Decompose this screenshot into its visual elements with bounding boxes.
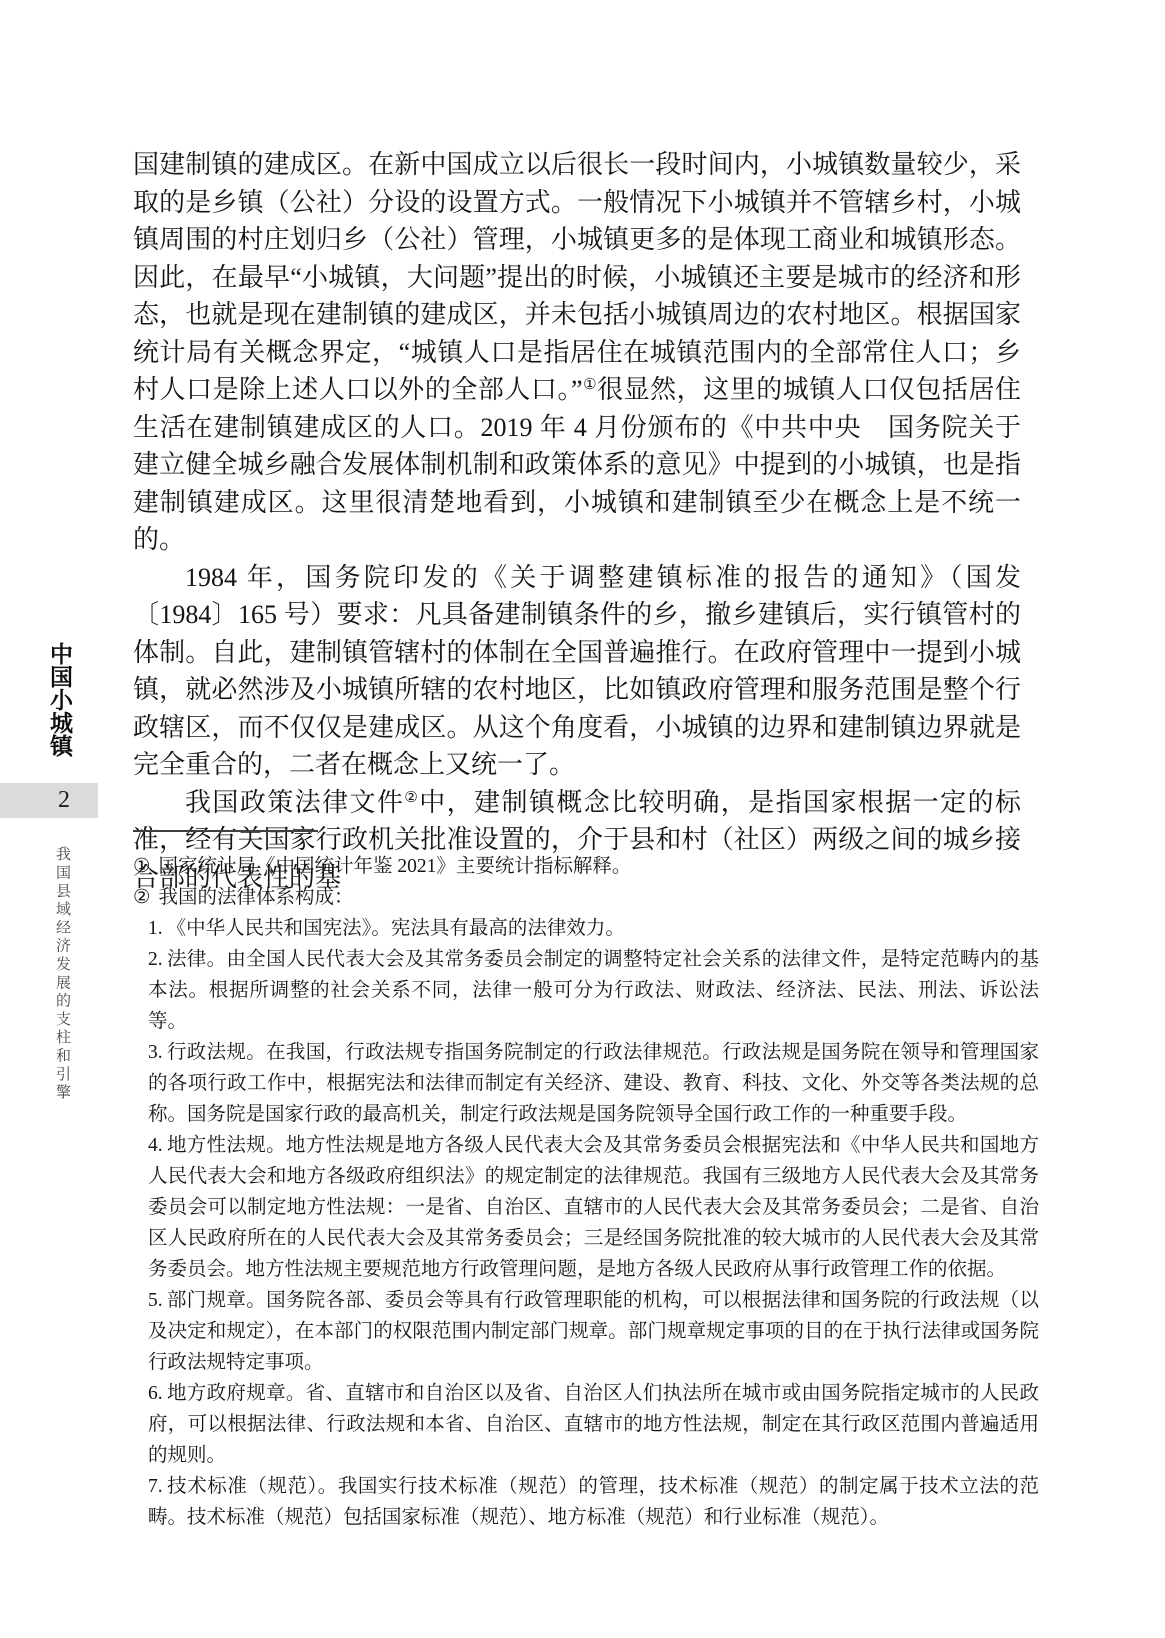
- footnote-1-text: 国家统计局《中国统计年鉴 2021》主要统计指标解释。: [158, 856, 631, 877]
- footnote-2-item-4: 4.地方性法规。地方性法规是地方各级人民代表大会及其常务委员会根据宪法和《中华人…: [148, 1130, 1039, 1285]
- item-number: 4.: [148, 1135, 163, 1156]
- footnote-2-marker: ②: [133, 887, 150, 908]
- footnote-2-item-1: 1.《中华人民共和国宪法》。宪法具有最高的法律效力。: [148, 913, 1039, 944]
- footnote-2-item-6: 6.地方政府规章。省、直辖市和自治区以及省、自治区人们执法所在城市或由国务院指定…: [148, 1378, 1039, 1471]
- item-text: 《中华人民共和国宪法》。宪法具有最高的法律效力。: [167, 918, 625, 939]
- item-number: 6.: [148, 1383, 163, 1404]
- footnote-1-marker: ①: [133, 856, 150, 877]
- footnote-2-item-3: 3.行政法规。在我国，行政法规专指国务院制定的行政法律规范。行政法规是国务院在领…: [148, 1037, 1039, 1130]
- footnote-separator: [133, 830, 318, 832]
- item-number: 2.: [148, 949, 163, 970]
- body-text-column: 国建制镇的建成区。在新中国成立以后很长一段时间内，小城镇数量较少，采取的是乡镇（…: [133, 146, 1021, 896]
- item-number: 7.: [148, 1476, 163, 1497]
- footnote-2-item-2: 2.法律。由全国人民代表大会及其常务委员会制定的调整特定社会关系的法律文件，是特…: [148, 944, 1039, 1037]
- page-number-band: 2: [0, 783, 98, 818]
- paragraph-1-text: 国建制镇的建成区。在新中国成立以后很长一段时间内，小城镇数量较少，采取的是乡镇（…: [133, 150, 1021, 404]
- paragraph-2: 1984 年，国务院印发的《关于调整建镇标准的报告的通知》（国发〔1984〕16…: [133, 559, 1021, 784]
- paragraph-1: 国建制镇的建成区。在新中国成立以后很长一段时间内，小城镇数量较少，采取的是乡镇（…: [133, 146, 1021, 559]
- item-number: 5.: [148, 1290, 163, 1311]
- item-text: 地方政府规章。省、直辖市和自治区以及省、自治区人们执法所在城市或由国务院指定城市…: [148, 1383, 1039, 1466]
- item-number: 1.: [148, 918, 163, 939]
- footnote-1: ①国家统计局《中国统计年鉴 2021》主要统计指标解释。: [133, 851, 1039, 882]
- item-text: 地方性法规。地方性法规是地方各级人民代表大会及其常务委员会根据宪法和《中华人民共…: [148, 1135, 1039, 1280]
- chapter-title-vertical: 我国县域经济发展的支柱和引擎: [51, 846, 72, 1102]
- footnote-2-items: 1.《中华人民共和国宪法》。宪法具有最高的法律效力。 2.法律。由全国人民代表大…: [133, 913, 1039, 1533]
- book-title-vertical: 中国小城镇: [47, 642, 72, 757]
- item-text: 部门规章。国务院各部、委员会等具有行政管理职能的机构，可以根据法律和国务院的行政…: [148, 1290, 1039, 1373]
- footnote-ref-2: ②: [404, 790, 419, 806]
- footnote-2: ②我国的法律体系构成：: [133, 882, 1039, 913]
- item-text: 行政法规。在我国，行政法规专指国务院制定的行政法律规范。行政法规是国务院在领导和…: [148, 1042, 1039, 1125]
- page-number: 2: [58, 787, 70, 814]
- footnote-ref-1: ①: [583, 377, 598, 393]
- item-number: 3.: [148, 1042, 163, 1063]
- footnote-2-item-7: 7.技术标准（规范）。我国实行技术标准（规范）的管理，技术标准（规范）的制定属于…: [148, 1471, 1039, 1533]
- book-page: 中国小城镇 2 我国县域经济发展的支柱和引擎 国建制镇的建成区。在新中国成立以后…: [0, 0, 1165, 1638]
- item-text: 技术标准（规范）。我国实行技术标准（规范）的管理，技术标准（规范）的制定属于技术…: [148, 1476, 1039, 1528]
- item-text: 法律。由全国人民代表大会及其常务委员会制定的调整特定社会关系的法律文件，是特定范…: [148, 949, 1039, 1032]
- footnote-2-text: 我国的法律体系构成：: [158, 887, 353, 908]
- paragraph-3-text: 我国政策法律文件: [185, 788, 404, 817]
- footnote-2-item-5: 5.部门规章。国务院各部、委员会等具有行政管理职能的机构，可以根据法律和国务院的…: [148, 1285, 1039, 1378]
- footnotes-block: ①国家统计局《中国统计年鉴 2021》主要统计指标解释。 ②我国的法律体系构成：…: [133, 851, 1039, 1533]
